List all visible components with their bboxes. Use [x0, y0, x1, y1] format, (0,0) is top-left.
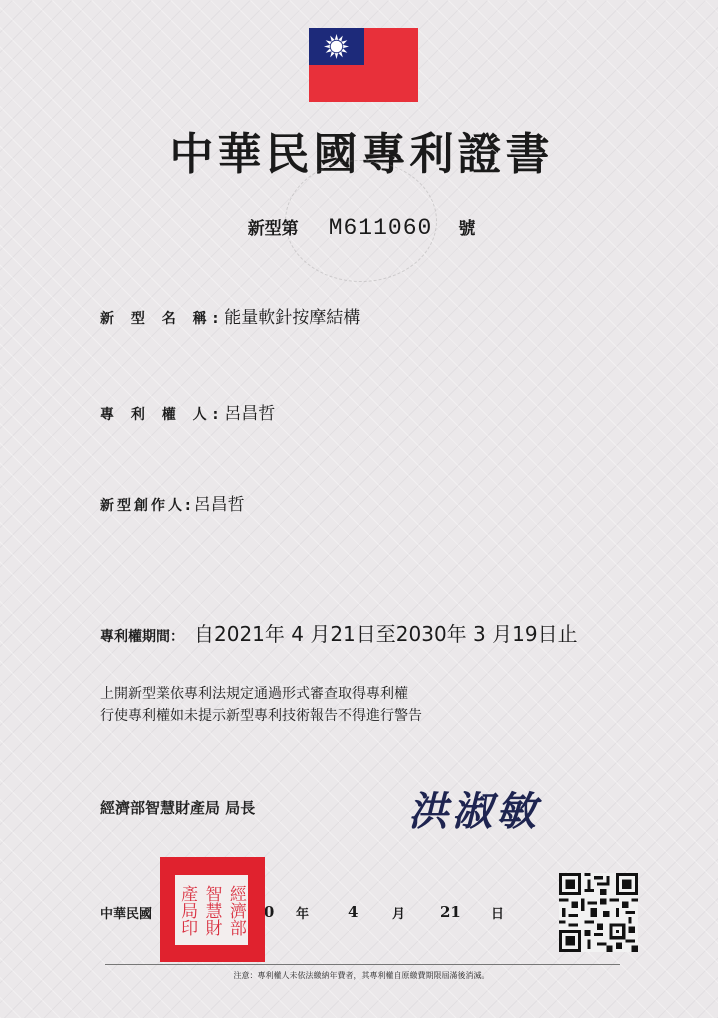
date-day: 21	[440, 903, 461, 921]
date-year-unit: 年	[296, 903, 309, 922]
notice-line: 上開新型業依專利法規定通過形式審查取得專利權	[100, 683, 422, 705]
qr-code-icon	[559, 873, 638, 952]
date-day-unit: 日	[491, 903, 504, 922]
seal-column: 經濟部	[226, 885, 246, 936]
patent-number-prefix: 新型第	[248, 219, 299, 239]
patent-period: 專利權期間：自2021年 4 月21日至2030年 3 月19日止	[100, 618, 578, 647]
date-month-unit: 月	[392, 903, 405, 922]
flag-canton	[309, 28, 364, 65]
certificate-paper: 中華民國專利證書 新型第M611060號 新 型 名 稱:能量軟針按摩結構 專 …	[0, 0, 718, 1018]
field-value: 呂昌哲	[224, 404, 275, 424]
director-title: 經濟部智慧財產局 局長	[100, 797, 255, 818]
field-patent-owner: 專 利 權 人:呂昌哲	[100, 399, 275, 424]
field-label: 專 利 權 人:	[100, 407, 224, 423]
field-label: 新 型 名 稱:	[100, 311, 224, 327]
seal-inner: 經濟部 智慧財 產局印	[175, 875, 248, 945]
field-creator: 新型創作人:呂昌哲	[100, 490, 245, 515]
notice-text: 上開新型業依專利法規定通過形式審查取得專利權 行使專利權如未提示新型專利技術報告…	[100, 683, 422, 727]
patent-number-line: 新型第M611060號	[0, 214, 723, 241]
field-patent-name: 新 型 名 稱:能量軟針按摩結構	[100, 303, 360, 328]
roc-flag	[309, 28, 418, 102]
seal-column: 產局印	[177, 885, 197, 936]
field-value: 呂昌哲	[194, 495, 245, 515]
date-era: 中華民國	[100, 903, 152, 922]
director-signature: 洪淑敏	[408, 780, 540, 837]
patent-number-suffix: 號	[458, 219, 475, 239]
official-seal: 經濟部 智慧財 產局印	[160, 857, 265, 962]
patent-number: M611060	[329, 215, 433, 241]
seal-column: 智慧財	[201, 885, 221, 936]
notice-line: 行使專利權如未提示新型專利技術報告不得進行警告	[100, 705, 422, 727]
footnote: 注意：專利權人未依法繳納年費者，其專利權自原繳費期限屆滿後消滅。	[0, 970, 723, 981]
period-value: 自2021年 4 月21日至2030年 3 月19日止	[194, 622, 578, 646]
field-value: 能量軟針按摩結構	[224, 308, 360, 328]
white-sun-icon	[323, 33, 350, 60]
field-label: 新型創作人:	[100, 498, 194, 514]
period-label: 專利權期間：	[100, 629, 184, 645]
footer-divider	[105, 964, 620, 965]
date-month: 4	[348, 903, 358, 921]
qr-code[interactable]	[559, 873, 638, 952]
